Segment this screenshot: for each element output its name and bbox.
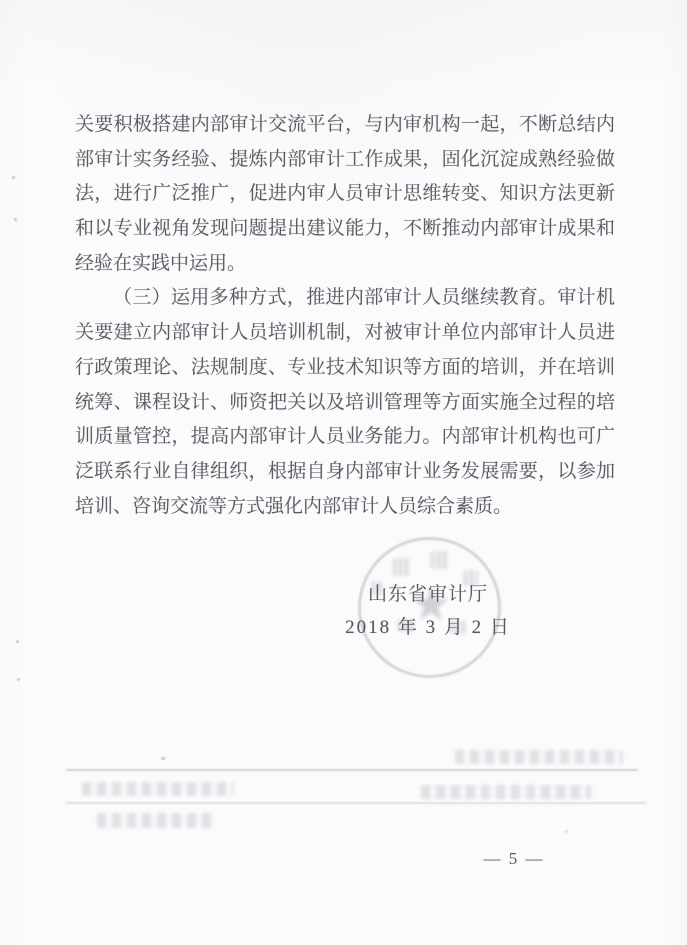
body-text-line: （三）运用多种方式，推进内部审计人员继续教育。审计机 <box>75 281 615 316</box>
seal-character-artifact <box>393 558 411 576</box>
body-text-line: 泛联系行业自律组织，根据自身内部审计业务发展需要，以参加 <box>75 455 615 490</box>
body-text-line: 行政策理论、法规制度、专业技术知识等方面的培训，并在培训 <box>75 351 615 386</box>
body-text-line: 统筹、课程设计、师资把关以及培训管理等方面实施全过程的培 <box>75 386 615 421</box>
scan-speck <box>16 640 19 643</box>
body-text-line: 训质量管控，提高内部审计人员业务能力。内部审计机构也可广 <box>75 420 615 455</box>
body-text-line: 培训、咨询交流等方式强化内部审计人员综合素质。 <box>75 490 615 525</box>
body-text-line: 部审计实务经验、提炼内部审计工作成果，固化沉淀成熟经验做 <box>75 143 615 178</box>
body-text-line: 关要积极搭建内部审计交流平台，与内审机构一起，不断总结内 <box>75 108 615 143</box>
document-body: 关要积极搭建内部审计交流平台，与内审机构一起，不断总结内 部审计实务经验、提炼内… <box>75 108 615 524</box>
body-text-line: 法，进行广泛推广，促进内审人员审计思维转变、知识方法更新 <box>75 177 615 212</box>
scan-speck <box>161 757 165 760</box>
body-text-line: 经验在实践中运用。 <box>75 247 615 282</box>
signature-issuer: 山东省审计厅 <box>328 583 528 607</box>
bleed-through-rule <box>66 802 646 804</box>
scan-speck <box>14 218 17 221</box>
scan-speck <box>17 678 20 681</box>
body-text-line: 和以专业视角发现问题提出建议能力，不断推动内部审计成果和 <box>75 212 615 247</box>
bleed-through-rule <box>66 769 638 771</box>
seal-character-artifact <box>431 551 449 569</box>
signature-date: 2018 年 3 月 2 日 <box>328 616 528 640</box>
signature-block: 山东省审计厅 2018 年 3 月 2 日 <box>328 583 528 640</box>
bleed-through-text-artifact <box>82 782 234 796</box>
bleed-through-text-artifact <box>421 785 591 799</box>
scan-speck <box>565 830 568 833</box>
bleed-through-text-artifact <box>97 813 217 828</box>
body-text-line: 关要建立内部审计人员培训机制，对被审计单位内部审计人员进 <box>75 316 615 351</box>
scanned-document-page: { "document": { "language": "zh-CN", "in… <box>0 0 687 945</box>
page-number: — 5 — <box>462 848 566 870</box>
scan-speck <box>12 176 15 179</box>
bleed-through-text-artifact <box>455 750 623 764</box>
